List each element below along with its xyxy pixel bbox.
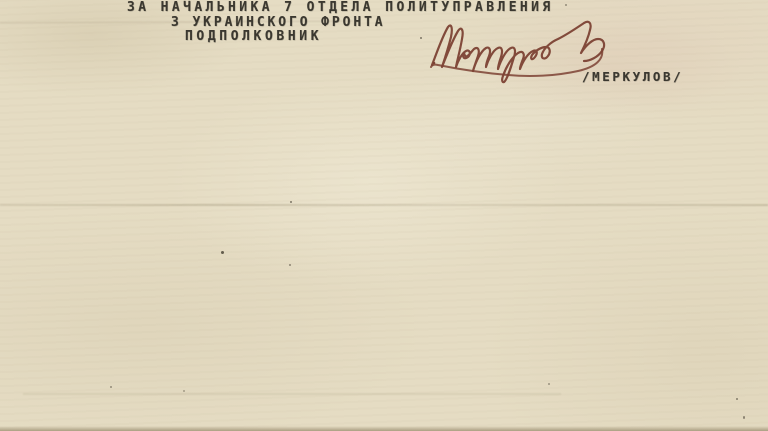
ink-speck <box>290 201 292 203</box>
paper-crease <box>23 393 561 395</box>
ink-speck <box>420 37 422 39</box>
paper-grain <box>0 0 768 431</box>
header-line-unit: 3 УКРАИНСКОГО ФРОНТА <box>171 16 386 30</box>
ink-speck <box>183 390 185 392</box>
typed-surname: /МЕРКУЛОВ/ <box>582 70 683 84</box>
paper-crease <box>0 204 768 206</box>
ink-speck <box>743 416 745 419</box>
ink-speck <box>565 4 567 6</box>
document-page: ЗА НАЧАЛЬНИКА 7 ОТДЕЛА ПОЛИТУПРАВЛЕНИЯ 3… <box>0 0 768 431</box>
header-line-rank: ПОДПОЛКОВНИК <box>185 30 322 44</box>
paper-texture <box>0 0 768 431</box>
header-line-position: ЗА НАЧАЛЬНИКА 7 ОТДЕЛА ПОЛИТУПРАВЛЕНИЯ <box>127 1 554 15</box>
ink-speck <box>289 264 291 266</box>
ink-speck <box>221 251 224 254</box>
ink-speck <box>548 383 550 385</box>
paper-bottom-edge <box>0 426 768 431</box>
ink-speck <box>110 386 112 388</box>
ink-speck <box>736 398 738 400</box>
